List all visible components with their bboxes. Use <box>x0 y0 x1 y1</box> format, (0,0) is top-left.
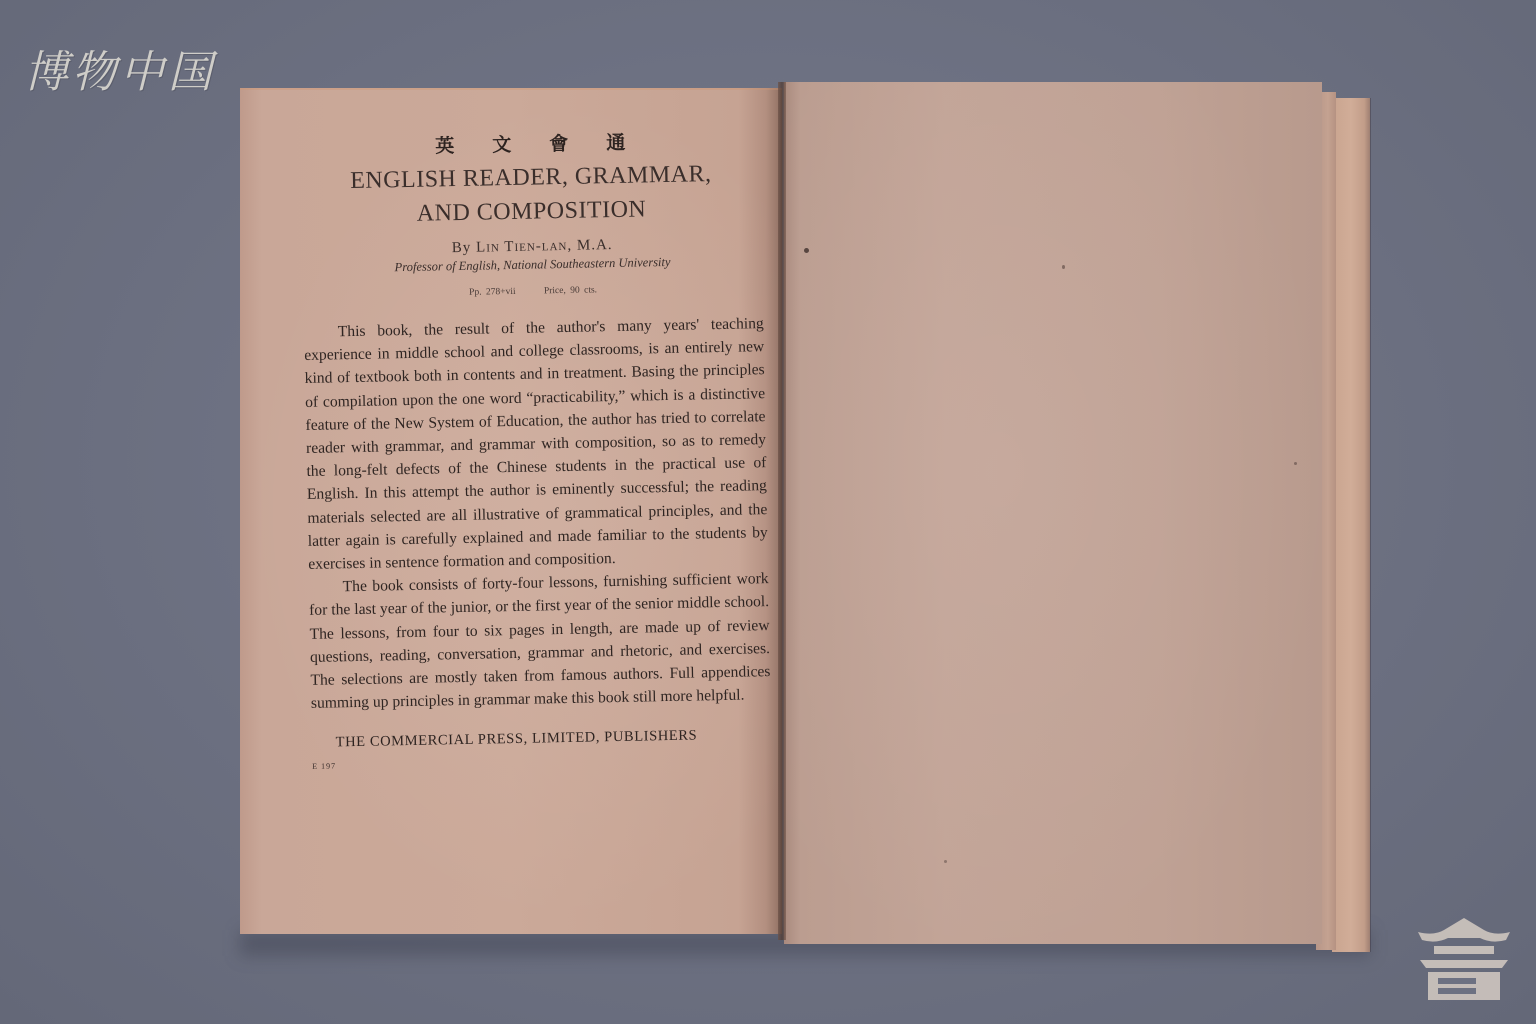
byline-prefix: By <box>452 240 472 256</box>
english-title: ENGLISH READER, GRAMMAR, AND COMPOSITION <box>301 156 762 233</box>
watermark-logo-text: 博物中国 <box>24 36 216 100</box>
pavilion-logo-icon <box>1414 912 1514 1004</box>
publisher-line: THE COMMERCIAL PRESS, LIMITED, PUBLISHER… <box>336 727 772 752</box>
description-paragraph-2: The book consists of forty-four lessons,… <box>308 567 771 715</box>
foxing-spot <box>944 860 947 863</box>
left-page-advertisement: 英文會通 ENGLISH READER, GRAMMAR, AND COMPOS… <box>240 88 782 934</box>
description-paragraph-1: This book, the result of the author's ma… <box>304 312 769 576</box>
chinese-title: 英文會通 <box>338 125 760 160</box>
author-degree: , M.A. <box>567 237 612 254</box>
foxing-spot <box>1294 462 1297 465</box>
page-count: Pp. 278+vii <box>469 287 516 298</box>
description-body: This book, the result of the author's ma… <box>304 312 771 715</box>
author-name: Lin Tien-lan <box>476 238 568 256</box>
book-gutter <box>778 82 786 940</box>
foxing-spot <box>804 248 809 253</box>
foxing-spot <box>1062 265 1065 269</box>
page-edge-back <box>1332 98 1370 952</box>
page-content: 英文會通 ENGLISH READER, GRAMMAR, AND COMPOS… <box>300 125 772 771</box>
right-page-blank <box>784 82 1322 944</box>
price: Price, 90 cts. <box>544 285 597 296</box>
book-meta: Pp. 278+vii Price, 90 cts. <box>303 282 763 301</box>
open-book: 英文會通 ENGLISH READER, GRAMMAR, AND COMPOS… <box>240 82 1372 952</box>
catalog-number: E 197 <box>312 754 772 772</box>
